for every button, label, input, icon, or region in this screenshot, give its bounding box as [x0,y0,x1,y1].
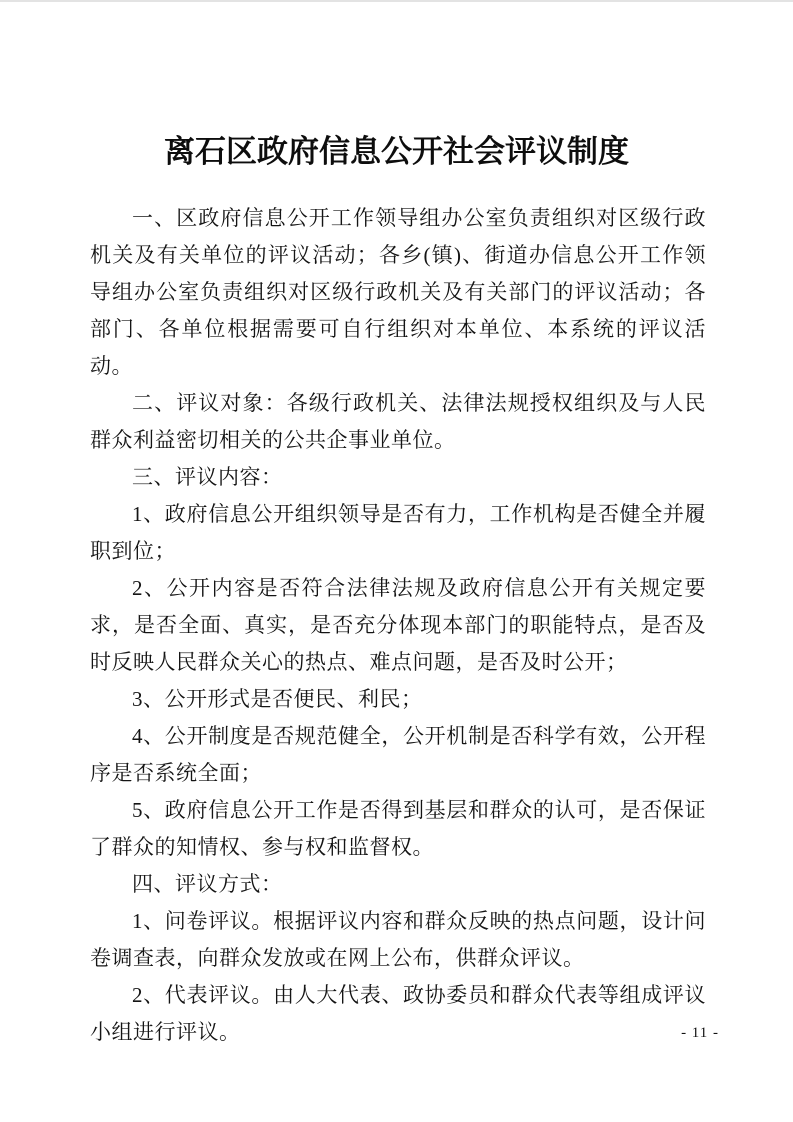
paragraph-2: 二、评议对象：各级行政机关、法律法规授权组织及与人民群众利益密切相关的公共企事业… [90,385,706,459]
document-body: 一、区政府信息公开工作领导组办公室负责组织对区级行政机关及有关单位的评议活动；各… [90,200,706,1051]
paragraph-6: 3、公开形式是否便民、利民； [90,681,706,718]
paragraph-7: 4、公开制度是否规范健全，公开机制是否科学有效，公开程序是否系统全面； [90,718,706,792]
document-title: 离石区政府信息公开社会评议制度 [0,130,793,174]
paragraph-5: 2、公开内容是否符合法律法规及政府信息公开有关规定要求，是否全面、真实，是否充分… [90,570,706,681]
paragraph-11: 2、代表评议。由人大代表、政协委员和群众代表等组成评议小组进行评议。 [90,977,706,1051]
paragraph-1: 一、区政府信息公开工作领导组办公室负责组织对区级行政机关及有关单位的评议活动；各… [90,200,706,385]
paragraph-4: 1、政府信息公开组织领导是否有力，工作机构是否健全并履职到位； [90,496,706,570]
document-page: 离石区政府信息公开社会评议制度 一、区政府信息公开工作领导组办公室负责组织对区级… [0,0,793,1122]
paragraph-10: 1、问卷评议。根据评议内容和群众反映的热点问题，设计问卷调查表，向群众发放或在网… [90,903,706,977]
page-number: - 11 - [681,1025,719,1042]
paragraph-3: 三、评议内容： [90,459,706,496]
paragraph-8: 5、政府信息公开工作是否得到基层和群众的认可，是否保证了群众的知情权、参与权和监… [90,792,706,866]
paragraph-9: 四、评议方式： [90,866,706,903]
